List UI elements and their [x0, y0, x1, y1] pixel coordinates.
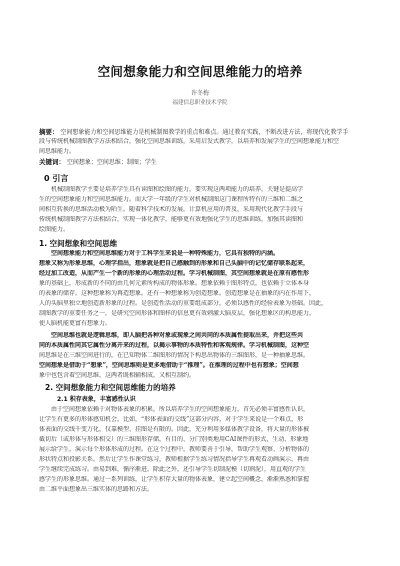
paragraph-line: 经过加工改造，从而产生一个新的形象的心理活动过程。学习机械制图，其空间想象就是在… — [39, 270, 369, 278]
paragraph-line: 传统机械制图教学方法相结合，实现一体化教学，能够更有效地强化学生的思维训练，加强… — [39, 216, 369, 224]
abstract-text: 空间想象能力和空间思维能力是机械制图教学的重点和难点。通过教育实践，不断改进方法… — [60, 129, 348, 136]
section-heading-intro: 0 引言 — [44, 173, 68, 184]
paragraph-line: 机械制图教学主要是培养学生具有读图和绘图的能力，要实现这两项能力的培养，关键是提… — [51, 186, 369, 194]
paragraph-line: 间相互转换的思维活动极为陌生。随着科学技术的发展，计算机应用的普及，采用现代化教… — [39, 206, 369, 214]
subsection-heading-2-1: 2.1 积存表象，丰富感性认识 — [57, 394, 136, 403]
paragraph-line: 同的本质属性同其它属性分离开来的过程，以揭示事物的本质特性和客观规律。学习机械制… — [39, 342, 369, 350]
paragraph-line: 绘图能力。 — [39, 226, 369, 234]
keywords-text: 空间想象；空间思维；制图；学生 — [67, 159, 157, 166]
paragraph-line: 象中也包含着空间思维，这两者既相辅相成，又相互制约。 — [39, 372, 369, 380]
paragraph-line: 感学生的形象思维。通过一系列训练，让学生积存大量的物体表象，建立起空间概念，渐渐… — [39, 476, 369, 484]
keywords-label: 关键词： — [39, 158, 65, 166]
author-affiliation: 福建信息职业技术学院 — [0, 98, 400, 106]
paper-title: 空间想象能力和空间思维能力的培养 — [0, 62, 400, 80]
paragraph-line: 空间想象能力和空间思维能力对于工科学生来说是一种特殊能力，它具有独特的内涵。 — [51, 250, 369, 258]
paragraph-line: 想象又称为形象思维，心理学指出，想象就是把自己感触到的形象和自己头脑中的记忆储存… — [39, 260, 369, 268]
paragraph-line: 由于空间想象依赖于对物体表象的积累，所以培养学生的空间想象能力，首先必须丰富感性… — [51, 406, 369, 414]
paragraph-line: 生的空间想象能力和空间思维能力。而大学一年级的学生对机械制图这门课程所特有的三维… — [39, 196, 369, 204]
paragraph-line: 空间思维也就是逻辑思维，即人脑把各种对象或现象之间共同的本质属性提取出来，并把这… — [51, 332, 369, 340]
paragraph-line: 空间想象是借助于“想象”，空间思维则是更多地借助于“推理”。在推理的过程中也有想… — [39, 362, 369, 370]
paragraph-line: 体表面的交线千变万化，仅靠模型、挂图是有限的。因此，充分利用多媒体教学设备，将大… — [39, 426, 369, 434]
paragraph-line: 形状特点和投影关系。然后让学生作课堂练习，教师根据学生练习情况指导学生再观看动画… — [39, 456, 369, 464]
paragraph-line: 人的头脑里独立地创造新形象的过程。是创造性活动的重要组成部分，必须以感性的经验表… — [39, 300, 369, 308]
paragraph-line: 学生继续完成练习。由易到难，循序渐进。除此之外，还引导学生切制泥模（切割泥），用… — [39, 466, 369, 474]
document-page: 空间想象能力和空间思维能力的培养 许冬梅 福建信息职业技术学院 摘要： 空间想象… — [0, 0, 400, 566]
abstract-text: 段与传统机械制图教学方法相结合，强化空间思维训练，采用启发式教学，以培养和发展学… — [39, 138, 369, 146]
paragraph-line: 间思维是在三维空间进行的，在已知物体二维图形的情况下构思出物体的三维图形，是一种… — [39, 352, 369, 360]
section-heading-1: 1. 空间想象和空间思维 — [39, 238, 117, 249]
paragraph-line: 展示给学生，演示每个形体形成的过程。在这个过程中，教师要善于引导，帮助学生观察、… — [39, 446, 369, 454]
paragraph-line: 让学生有更多的形体感知机会。比如，“形体表面的交线”这部分内容，对于学生来说是一… — [39, 416, 369, 424]
abstract-label: 摘要： — [39, 128, 59, 136]
paragraph-line: 象的基础上，形成新的不同的由几何元素所构成的物体形象。想象依赖于图形特点，也依赖… — [39, 280, 369, 288]
paragraph-line: 制图教学的重要任务之一，是研究空间形体和图样的信息更有效刺激大脑皮层，强化想象区… — [39, 310, 369, 318]
section-heading-2: 2. 空间想象能力和空间思维能力的培养 — [45, 382, 176, 393]
paragraph-line: 的表象的储存。这种想象称为再造想象。还有一种想象称为创造想象。创造想象是在抽象的… — [39, 290, 369, 298]
paragraph-line: 使人脑机能更富有想象力。 — [39, 320, 369, 328]
author-name: 许冬梅 — [0, 88, 400, 97]
paragraph-line: 由二维平面想象出三维实体的思路和方法。 — [39, 486, 369, 494]
paragraph-line: 截切后（或形体与形体相交）的三维图形存储，有目的、分门别类地用CAI课件的形式，… — [39, 436, 369, 444]
abstract-text: 间思维能力。 — [39, 148, 369, 156]
